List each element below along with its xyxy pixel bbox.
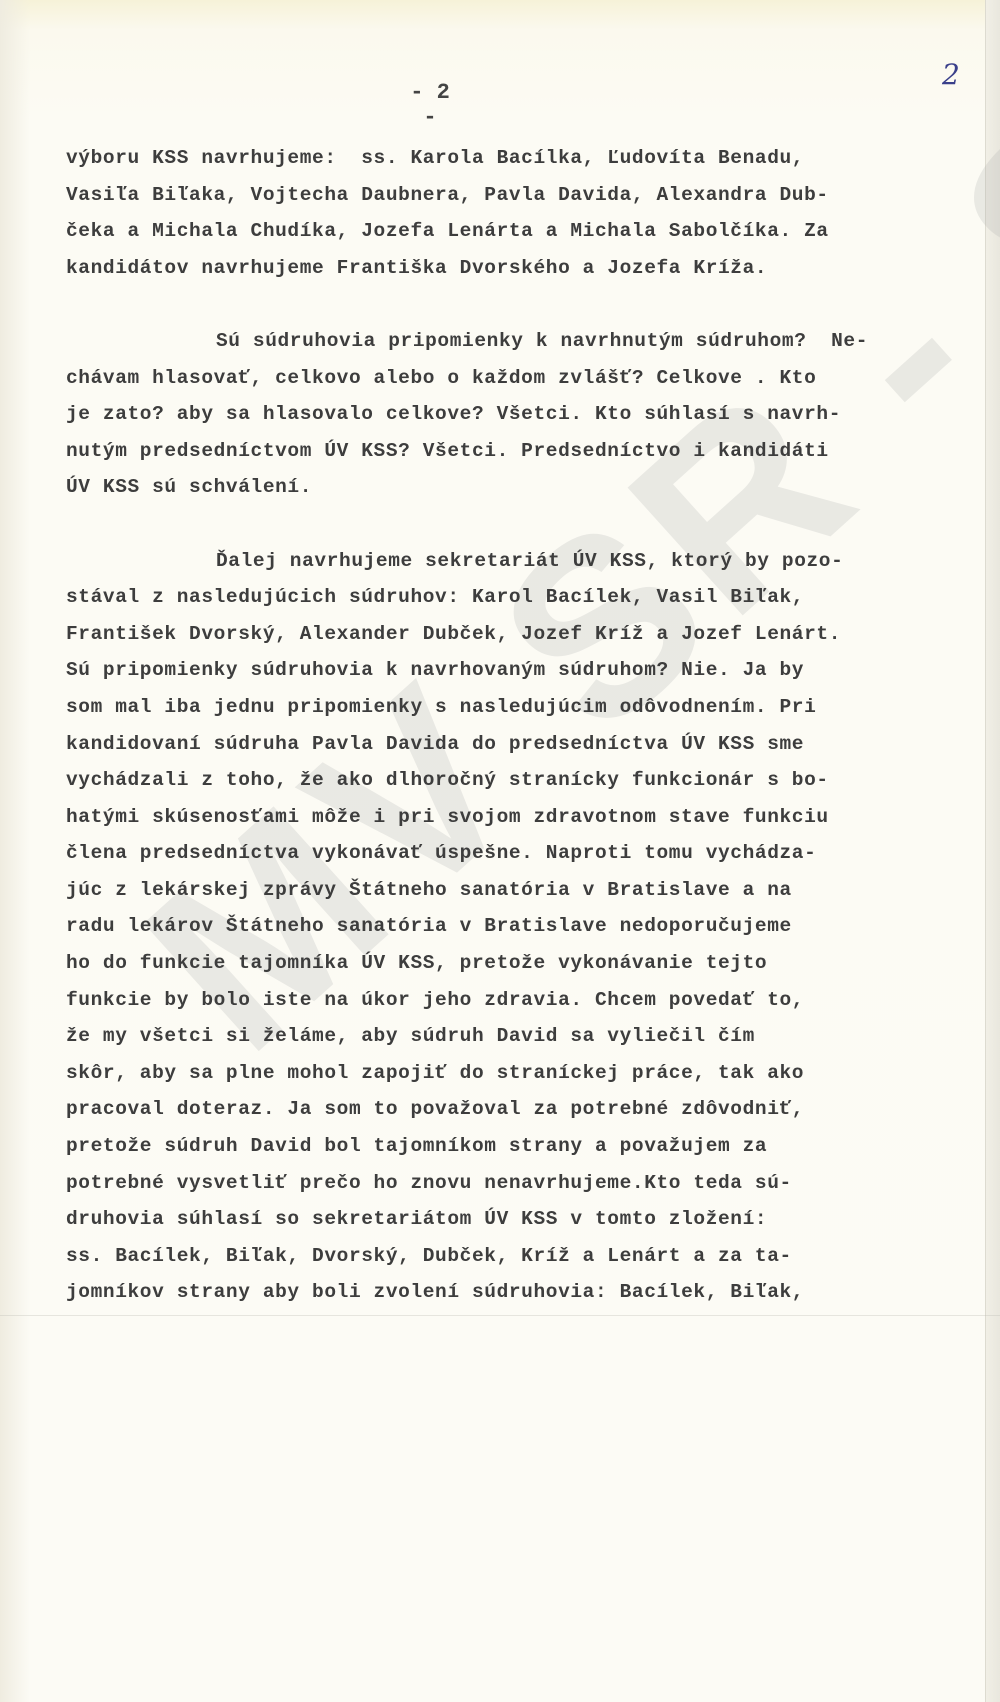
text-line: ÚV KSS sú schválení.	[66, 469, 946, 506]
text-line: ho do funkcie tajomníka ÚV KSS, pretože …	[66, 945, 946, 982]
text-line: pretože súdruh David bol tajomníkom stra…	[66, 1128, 946, 1165]
paper-fold-line	[0, 1315, 1000, 1316]
text-line: chávam hlasovať, celkovo alebo o každom …	[66, 360, 946, 397]
text-line: skôr, aby sa plne mohol zapojiť do stran…	[66, 1055, 946, 1092]
text-line: kandidátov navrhujeme Františka Dvorskéh…	[66, 250, 946, 287]
paragraph-gap	[66, 286, 946, 323]
text-line: člena predsedníctva vykonávať úspešne. N…	[66, 835, 946, 872]
text-line: druhovia súhlasí so sekretariátom ÚV KSS…	[66, 1201, 946, 1238]
text-line: júc z lekárskej zprávy Štátneho sanatóri…	[66, 872, 946, 909]
text-line: František Dvorský, Alexander Dubček, Joz…	[66, 616, 946, 653]
text-line: čeka a Michala Chudíka, Jozefa Lenárta a…	[66, 213, 946, 250]
text-line: ss. Bacílek, Biľak, Dvorský, Dubček, Krí…	[66, 1238, 946, 1275]
text-line: je zato? aby sa hlasovalo celkove? Všetc…	[66, 396, 946, 433]
text-line: Vasiľa Biľaka, Vojtecha Daubnera, Pavla …	[66, 177, 946, 214]
paragraph: Ďalej navrhujeme sekretariát ÚV KSS, kto…	[66, 543, 946, 1311]
paragraph: Sú súdruhovia pripomienky k navrhnutým s…	[66, 323, 946, 506]
text-line: stával z nasledujúcich súdruhov: Karol B…	[66, 579, 946, 616]
text-line: Sú pripomienky súdruhovia k navrhovaným …	[66, 652, 946, 689]
paragraph-gap	[66, 506, 946, 543]
paragraph: výboru KSS navrhujeme: ss. Karola Bacílk…	[66, 140, 946, 286]
page-number: - 2 -	[400, 80, 460, 130]
document-body: výboru KSS navrhujeme: ss. Karola Bacílk…	[66, 140, 946, 1311]
handwritten-page-mark: 2	[942, 58, 960, 91]
text-line: Sú súdruhovia pripomienky k navrhnutým s…	[66, 323, 946, 360]
text-line: Ďalej navrhujeme sekretariát ÚV KSS, kto…	[66, 543, 946, 580]
paper-left-edge	[0, 0, 30, 1702]
text-line: vychádzali z toho, že ako dlhoročný stra…	[66, 762, 946, 799]
text-line: že my všetci si želáme, aby súdruh David…	[66, 1018, 946, 1055]
text-line: som mal iba jednu pripomienky s nasleduj…	[66, 689, 946, 726]
text-line: radu lekárov Štátneho sanatória v Bratis…	[66, 908, 946, 945]
text-line: nutým predsedníctvom ÚV KSS? Všetci. Pre…	[66, 433, 946, 470]
paper-right-edge	[985, 0, 1000, 1702]
text-line: hatými skúsenosťami môže i pri svojom zd…	[66, 799, 946, 836]
text-line: funkcie by bolo iste na úkor jeho zdravi…	[66, 982, 946, 1019]
text-line: jomníkov strany aby boli zvolení súdruho…	[66, 1274, 946, 1311]
text-line: kandidovaní súdruha Pavla Davida do pred…	[66, 726, 946, 763]
text-line: výboru KSS navrhujeme: ss. Karola Bacílk…	[66, 140, 946, 177]
text-line: pracoval doteraz. Ja som to považoval za…	[66, 1091, 946, 1128]
text-line: potrebné vysvetliť prečo ho znovu nenavr…	[66, 1165, 946, 1202]
